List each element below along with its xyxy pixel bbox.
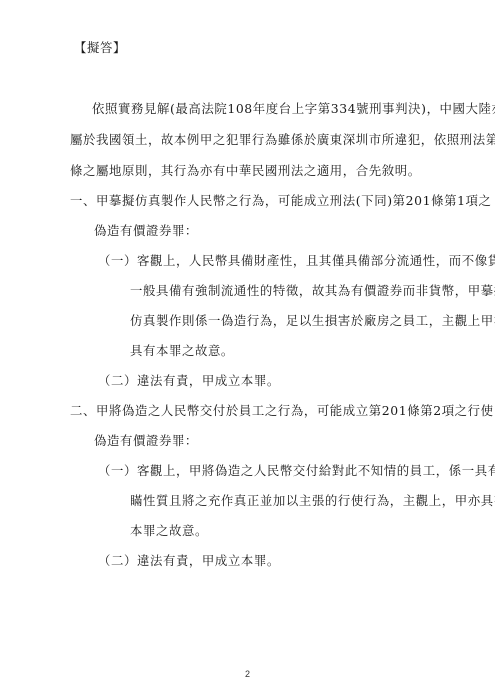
section-1-item-1-line-1: （一）客觀上，人民幣具備財產性，且其僅具備部分流通性，而不像貨幣 [98, 253, 495, 269]
intro-line-2: 屬於我國領土，故本例甲之犯罪行為雖係於廣東深圳市所違犯，依照刑法第3 [70, 132, 495, 148]
page-number: 2 [0, 669, 495, 679]
answer-heading: 【擬答】 [74, 40, 126, 56]
section-1-item-1-line-4: 具有本罪之故意。 [130, 343, 234, 359]
section-2-item-1-line-3: 本罪之故意。 [130, 523, 208, 539]
section-1-title-line-1: 一、甲摹擬仿真製作人民幣之行為，可能成立刑法(下同)第201條第1項之 [70, 193, 492, 209]
section-2-title-line-2: 偽造有價證券罪： [94, 433, 198, 449]
intro-line-1: 依照實務見解(最高法院108年度台上字第334號刑事判決)，中國大陸亦 [92, 101, 495, 117]
intro-line-3: 條之屬地原則，其行為亦有中華民國刑法之適用，合先敘明。 [70, 163, 421, 179]
section-1-item-1-line-3: 仿真製作則係一偽造行為，足以生損害於廠房之員工，主觀上甲亦 [130, 313, 495, 329]
section-2-item-1-line-1: （一）客觀上，甲將偽造之人民幣交付給對此不知情的員工，係一具有欺 [98, 463, 495, 479]
section-2-item-2-line-1: （二）違法有責，甲成立本罪。 [98, 553, 280, 569]
section-1-title-line-2: 偽造有價證券罪： [94, 223, 198, 239]
section-2-item-1-line-2: 瞞性質且將之充作真正並加以主張的行使行為，主觀上，甲亦具有 [130, 493, 495, 509]
section-2-title-line-1: 二、甲將偽造之人民幣交付於員工之行為，可能成立第201條第2項之行使 [70, 403, 494, 419]
document-page: 【擬答】 依照實務見解(最高法院108年度台上字第334號刑事判決)，中國大陸亦… [0, 0, 495, 700]
section-1-item-2-line-1: （二）違法有責，甲成立本罪。 [98, 373, 280, 389]
section-1-item-1-line-2: 一般具備有強制流通性的特徵，故其為有價證券而非貨幣，甲摹擬 [130, 283, 495, 299]
